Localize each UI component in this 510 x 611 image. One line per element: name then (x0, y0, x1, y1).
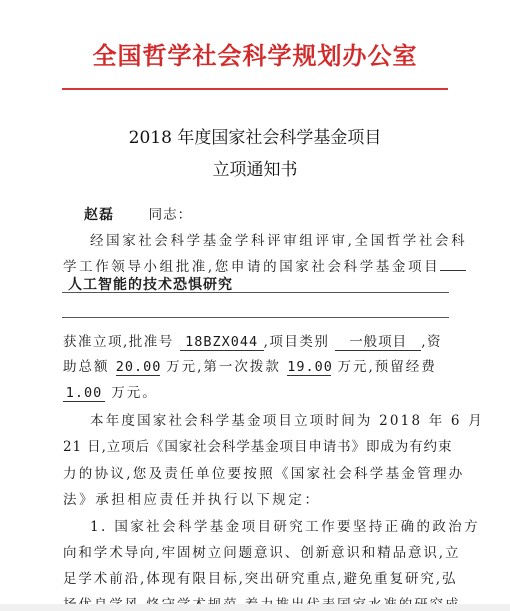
paragraph-2-line-4: 法》承担相应责任并执行以下规定： (63, 488, 449, 508)
reserve-label: 万元,预留经费 (337, 359, 436, 375)
notice-page: 全国哲学社会科学规划办公室 2018 年度国家社会科学基金项目 立项通知书 赵磊… (0, 0, 510, 611)
document-title: 2018 年度国家社会科学基金项目 (0, 123, 510, 148)
approval-line-1: 获准立项,批准号 18BZX044,项目类别 一般项目,资 (63, 330, 449, 351)
salutation-line: 赵磊 同志： (84, 203, 470, 224)
approval-line-2: 助总额 20.00 万元,第一次拨款 19.00 万元,预留经费 (63, 355, 449, 376)
project-category: 一般项目 (335, 330, 421, 351)
rule-1-line-2: 向和学术导向,牢固树立问题意识、创新意识和精品意识,立 (63, 541, 449, 561)
page-bottom-edge (0, 604, 510, 611)
first-payment-amount: 19.00 (287, 359, 331, 376)
paragraph-1-text: 学工作领导小组批准,您申请的国家社会科学基金项目 (63, 259, 440, 275)
category-label: ,项目类别 (264, 334, 330, 350)
project-title-underline-2 (62, 317, 449, 318)
rule-1-line-3: 足学术前沿,体现有限目标,突出研究重点,避免重复研究,弘 (63, 567, 449, 587)
recipient-name: 赵磊 (84, 207, 114, 223)
organization-header: 全国哲学社会科学规划办公室 (0, 36, 510, 71)
reserve-amount: 1.00 (63, 385, 105, 402)
paragraph-1-line-1: 经国家社会科学基金学科评审组评审,全国哲学社会科 (90, 229, 450, 249)
approval-number: 18BZX044 (180, 334, 264, 351)
project-title-underline-1 (62, 292, 449, 293)
approval-line-3: 1.00 万元。 (63, 381, 449, 402)
approval-suffix: ,资 (421, 334, 442, 350)
total-label: 助总额 (63, 359, 110, 375)
document-subtitle: 立项通知书 (0, 155, 510, 180)
paragraph-2-line-1: 本年度国家社会科学基金项目立项时间为 2018 年 6 月 (90, 409, 450, 429)
salutation: 同志： (149, 207, 193, 223)
total-amount: 20.00 (116, 359, 160, 376)
paragraph-1-line-2: 学工作领导小组批准,您申请的国家社会科学基金项目 (63, 255, 449, 275)
header-divider (62, 88, 448, 90)
project-title: 人工智能的技术恐惧研究 (68, 274, 454, 294)
approval-prefix: 获准立项,批准号 (63, 334, 174, 350)
paragraph-2-line-2: 21 日,立项后《国家社会科学基金项目申请书》即成为有约束 (63, 435, 449, 455)
reserve-unit: 万元。 (111, 385, 158, 401)
rule-1-line-1: 1. 国家社会科学基金项目研究工作要坚持正确的政治方 (90, 515, 450, 535)
paragraph-2-line-3: 力的协议,您及责任单位要按照《国家社会科学基金管理办 (63, 462, 449, 482)
first-payment-label: 万元,第一次拨款 (166, 359, 281, 375)
